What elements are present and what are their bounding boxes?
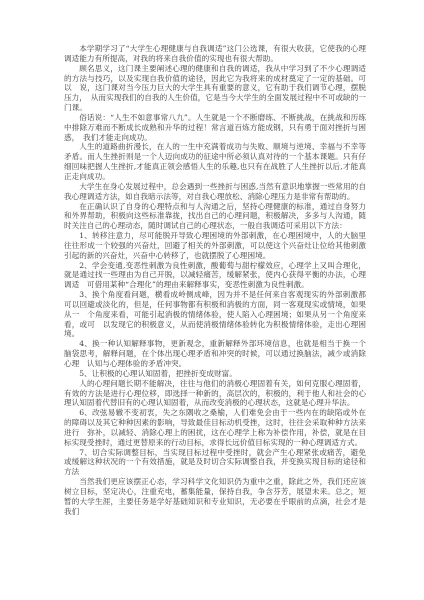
method-item-6: 6、改弦易辙不变初衷，失之东隅收之桑榆，人们难免会由于一些内在的缺陷或外在的障碍… (64, 408, 366, 447)
method-item-4: 4、换一种认知解释事物，更新观念，重新解释外部环境信息，也就是相当于换一个脑袋思… (64, 339, 366, 369)
method-item-2: 2、学会变通,变恶性刺激为良性刺激，酸葡萄与甜柠檬效应，心理学上又叫合理化，就是… (64, 261, 366, 291)
method-item-1: 1、转移注意力，尽可能脱开导致心理困境的外部刺激，在心理困境中，人的大脑里往往形… (64, 231, 366, 261)
paragraph-life-setbacks: 人生的道路曲折漫长，在人的一生中充满着成功与失败、顺境与逆境、幸福与不幸等矛盾。… (64, 142, 366, 181)
paragraph-intro: 本学期学习了“大学生心理健康与自我调适”这门公选课，有很大收获，它使我的心理调适… (64, 44, 366, 64)
paragraph-course-meaning: 顾名思义，这门课主要阐述心理的健康和自我的调适，我从中学习到了不少心理调适的方法… (64, 64, 366, 113)
paragraph-conclusion: 当然我们更应该摆正心态，学习科学文化知识仍为重中之重，除此之外，我们还应该树立目… (64, 477, 366, 516)
method-item-7: 7、切合实际调整目标，当实现目标过程中受挫时，就会产生心理紧张或痛苦，避免或缓解… (64, 448, 366, 478)
document-page: 本学期学习了“大学生心理健康与自我调适”这门公选课，有很大收获，它使我的心理调适… (0, 0, 424, 600)
paragraph-proverb: 俗话说：“人生不如意事常八九”。人生就是一个不断磨练、不断挑战，在挑战和历练中排… (64, 113, 366, 143)
paragraph-self-adjustment: 大学生在身心发展过程中，总会遇到一些挫折与困惑,当然有意识地掌握一些常用的自我心… (64, 182, 366, 202)
paragraph-sublimation: 人的心理问题长期不能解决，往往与他们的消极心理固着有关，如何克服心理固着，有效的… (64, 379, 366, 409)
document-body: 本学期学习了“大学生心理健康与自我调适”这门公选课，有很大收获，它使我的心理调适… (64, 44, 366, 517)
paragraph-methods-intro: 在正确认识了自身的心理特点和与人沟通之后，坚持心理健康的标准，通过自身努力和外界… (64, 202, 366, 232)
method-item-3: 3、换个角度看问题，横看成岭侧成峰，因为并不是任何来自客观现实的外部刺激都可以回… (64, 290, 366, 339)
method-item-5: 5、让积极的心理认知固着，把挫折变成财富。 (64, 369, 366, 379)
